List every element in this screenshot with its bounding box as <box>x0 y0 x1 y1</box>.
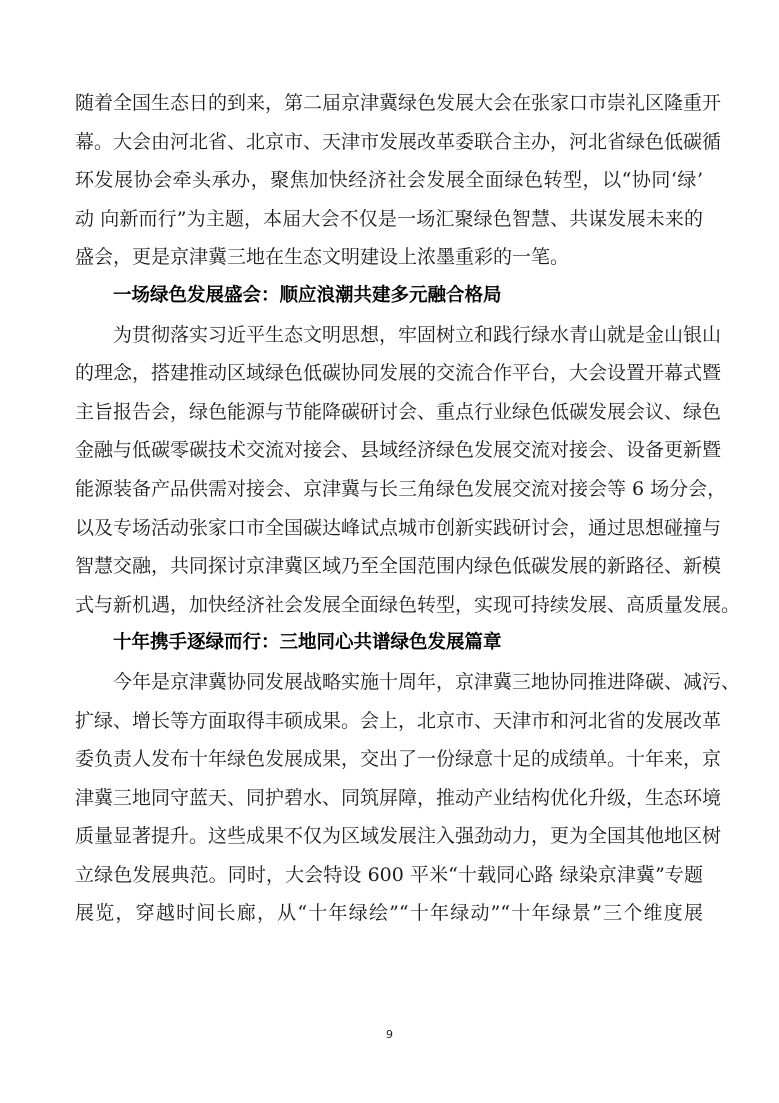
text-line: 随着全国生态日的到来，第二届京津冀绿色发展大会在张家口市崇礼区隆重开 <box>75 84 703 123</box>
paragraph-ten-years: 今年是京津冀协同发展战略实施十周年，京津冀三地协同推进降碳、减污、 扩绿、增长等… <box>75 663 703 933</box>
text-line: 能源装备产品供需对接会、京津冀与长三角绿色发展交流对接会等 6 场分会， <box>75 470 703 509</box>
text-line: 展览，穿越时间长廊，从“十年绿绘”“十年绿动”“十年绿景”三个维度展 <box>75 894 703 933</box>
section-heading-2: 十年携手逐绿而行：三地同心共谱绿色发展篇章 <box>75 624 703 663</box>
text-line: 立绿色发展典范。同时，大会特设 600 平米“十载同心路 绿染京津冀”专题 <box>75 856 703 895</box>
text-line: 智慧交融，共同探讨京津冀区域乃至全国范围内绿色低碳发展的新路径、新模 <box>75 547 703 586</box>
text-line: 质量显著提升。这些成果不仅为区域发展注入强劲动力，更为全国其他地区树 <box>75 817 703 856</box>
paragraph-intro: 随着全国生态日的到来，第二届京津冀绿色发展大会在张家口市崇礼区隆重开 幕。大会由… <box>75 84 703 277</box>
text-line: 幕。大会由河北省、北京市、天津市发展改革委联合主办，河北省绿色低碳循 <box>75 123 703 162</box>
text-line: 津冀三地同守蓝天、同护碧水、同筑屏障，推动产业结构优化升级，生态环境 <box>75 779 703 818</box>
text-line: 金融与低碳零碳技术交流对接会、县域经济绿色发展交流对接会、设备更新暨 <box>75 431 703 470</box>
text-line: 扩绿、增长等方面取得丰硕成果。会上，北京市、天津市和河北省的发展改革 <box>75 702 703 741</box>
text-line: 动 向新而行”为主题，本届大会不仅是一场汇聚绿色智慧、共谋发展未来的 <box>75 200 703 239</box>
text-line: 为贯彻落实习近平生态文明思想，牢固树立和践行绿水青山就是金山银山 <box>75 316 703 355</box>
page-body: 随着全国生态日的到来，第二届京津冀绿色发展大会在张家口市崇礼区隆重开 幕。大会由… <box>75 84 703 933</box>
document-page: 随着全国生态日的到来，第二届京津冀绿色发展大会在张家口市崇礼区隆重开 幕。大会由… <box>0 0 779 1103</box>
text-line: 环发展协会牵头承办，聚焦加快经济社会发展全面绿色转型，以“协同‘绿’ <box>75 161 703 200</box>
text-line: 委负责人发布十年绿色发展成果，交出了一份绿意十足的成绩单。十年来，京 <box>75 740 703 779</box>
text-line: 以及专场活动张家口市全国碳达峰试点城市创新实践研讨会，通过思想碰撞与 <box>75 509 703 548</box>
text-line: 盛会，更是京津冀三地在生态文明建设上浓墨重彩的一笔。 <box>75 238 703 277</box>
paragraph-conference: 为贯彻落实习近平生态文明思想，牢固树立和践行绿水青山就是金山银山 的理念，搭建推… <box>75 316 703 625</box>
page-number: 9 <box>0 1028 779 1041</box>
text-line: 式与新机遇，加快经济社会发展全面绿色转型，实现可持续发展、高质量发展。 <box>75 586 703 625</box>
text-line: 今年是京津冀协同发展战略实施十周年，京津冀三地协同推进降碳、减污、 <box>75 663 703 702</box>
text-line: 的理念，搭建推动区域绿色低碳协同发展的交流合作平台，大会设置开幕式暨 <box>75 354 703 393</box>
text-line: 主旨报告会，绿色能源与节能降碳研讨会、重点行业绿色低碳发展会议、绿色 <box>75 393 703 432</box>
section-heading-1: 一场绿色发展盛会：顺应浪潮共建多元融合格局 <box>75 277 703 316</box>
